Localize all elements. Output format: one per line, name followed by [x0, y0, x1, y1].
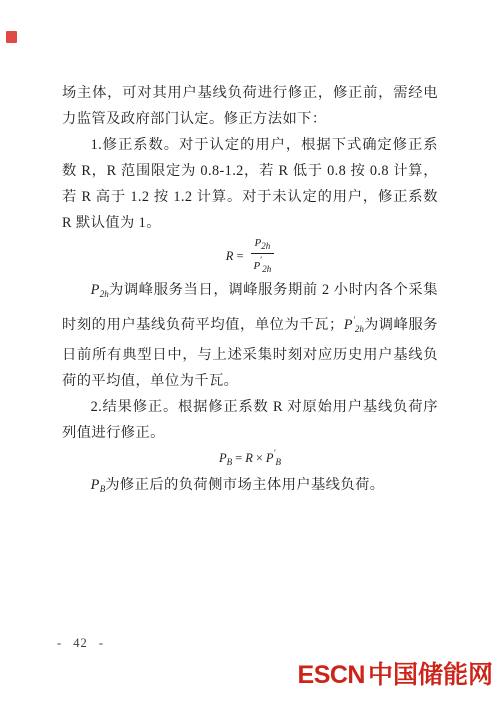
math-P2h: P2h [91, 282, 109, 298]
pb-definition-text: 为修正后的负荷侧市场主体用户基线负荷。 [105, 477, 384, 493]
math-equals-2: = [232, 451, 245, 465]
body-text: 场主体，可对其用户基线负荷进行修正，修正前，需经电力监管及政府部门认定。修正方法… [62, 80, 438, 502]
document-page: 场主体，可对其用户基线负荷进行修正，修正前，需经电力监管及政府部门认定。修正方法… [0, 0, 500, 706]
paragraph-correction-coefficient-text: 1.修正系数。对于认定的用户，根据下式确定修正系数 R，R 范围限定为 0.8-… [62, 137, 438, 231]
paragraph-p2h-definition: P2h为调峰服务当日，调峰服务期前 2 小时内各个采集时刻的用户基线负荷平均值，… [62, 277, 438, 394]
math-PB: PB [91, 477, 106, 493]
escn-logo-chinese: 中国储能网 [368, 661, 493, 689]
math-times: × [253, 451, 266, 465]
formula-correction-coefficient: R=P2hP′2h [62, 237, 438, 275]
fraction-denominator: P′2h [251, 254, 275, 276]
math-PB-left: PB [219, 451, 232, 465]
math-PB-prime: P′B [266, 451, 281, 465]
math-equals: = [233, 249, 246, 264]
escn-watermark-logo: ESCN中国储能网 [298, 661, 493, 689]
red-corner-mark [6, 31, 17, 43]
paragraph-result-correction-text: 2.结果修正。根据修正系数 R 对原始用户基线负荷序列值进行修正。 [62, 399, 438, 441]
escn-logo-latin: ESCN [298, 661, 365, 689]
paragraph-result-correction: 2.结果修正。根据修正系数 R 对原始用户基线负荷序列值进行修正。 [62, 394, 438, 446]
paragraph-pb-definition: PB为修正后的负荷侧市场主体用户基线负荷。 [62, 472, 438, 502]
page-number: - 42 - [57, 636, 104, 651]
math-R-2: R [245, 451, 253, 465]
math-P2h-prime: P′2h [344, 317, 364, 333]
formula-result-correction: PB=R×P′B [62, 448, 438, 470]
fraction: P2hP′2h [251, 237, 275, 276]
paragraph-intro: 场主体，可对其用户基线负荷进行修正，修正前，需经电力监管及政府部门认定。修正方法… [62, 80, 438, 132]
math-R: R [226, 249, 234, 264]
paragraph-intro-text: 场主体，可对其用户基线负荷进行修正，修正前，需经电力监管及政府部门认定。修正方法… [62, 85, 438, 127]
paragraph-correction-coefficient: 1.修正系数。对于认定的用户，根据下式确定修正系数 R，R 范围限定为 0.8-… [62, 132, 438, 236]
fraction-numerator: P2h [251, 237, 275, 254]
